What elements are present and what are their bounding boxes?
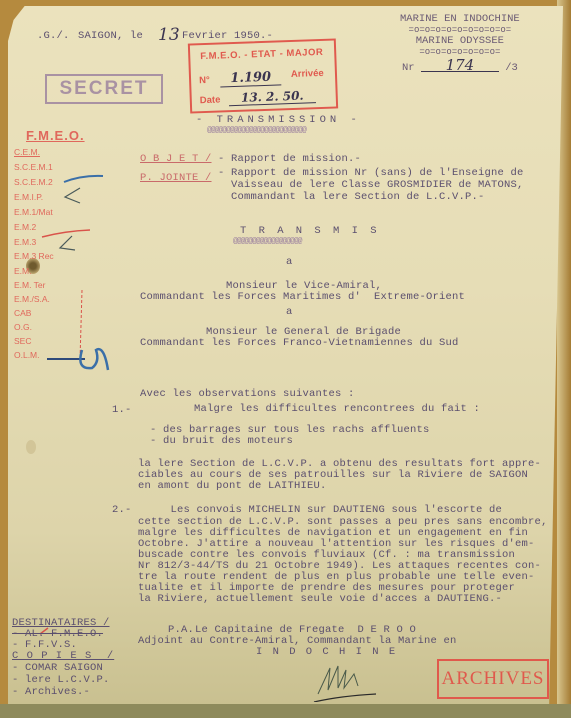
copies-label: C O P I E S / xyxy=(12,650,114,662)
objet-text: - Rapport de mission.- xyxy=(218,153,361,165)
transmis-dots: @@@@@@@@@@@@@@@@@@ xyxy=(233,237,301,246)
document-heading: - TRANSMISSION - xyxy=(196,114,361,126)
point1-intro: Malgre les difficultes rencontrees du fa… xyxy=(194,403,480,415)
heading-underline-dots: @@@@@@@@@@@@@@@@@@@@@@@@@@ xyxy=(207,126,306,135)
connector-a-2: a xyxy=(286,306,293,318)
pj-label: P. JOINTE / xyxy=(140,172,212,184)
pj-line-1: - Rapport de mission Nr (sans) de l'Ense… xyxy=(218,167,524,179)
point1-bullet-2: - du bruit des moteurs xyxy=(150,435,293,447)
recipient2-line2: Commandant les Forces Franco-Vietnamienn… xyxy=(140,337,459,349)
pj-line-2: Vaisseau de lere Classe GROSMIDIER de MA… xyxy=(218,179,524,191)
point2-number: 2.- xyxy=(112,504,132,516)
observations-intro: Avec les observations suivantes : xyxy=(140,388,355,400)
red-pencil-mark-icon xyxy=(42,230,90,237)
copies-item: - Archives.- xyxy=(12,686,90,698)
check-mark-icon xyxy=(65,188,80,203)
signature-line3: I N D O C H I N E xyxy=(256,646,397,658)
red-vertical-line xyxy=(80,290,82,360)
pencil-annotations xyxy=(0,0,571,718)
pj-line-3: Commandant la lere Section de L.C.V.P.- xyxy=(218,191,485,203)
copies-item: - COMAR SAIGON xyxy=(12,662,103,674)
recipient1-line2: Commandant les Forces Maritimes d' Extre… xyxy=(140,291,465,303)
transmis-heading: T R A N S M I S xyxy=(240,225,380,237)
point1-number: 1.- xyxy=(112,404,132,416)
check-mark-icon xyxy=(60,236,75,250)
point2-body-1: Les convois MICHELIN sur DAUTIENG sous l… xyxy=(138,504,502,516)
copies-item: - lere L.C.V.P. xyxy=(12,674,110,686)
handwritten-signature-icon xyxy=(310,660,380,702)
point2-body-9: la Riviere, actuellement seule voie d'ac… xyxy=(138,593,502,605)
objet-label: O B J E T / xyxy=(140,153,212,165)
connector-a-1: a xyxy=(286,256,293,268)
point1-body-3: en amont du pont de LAITHIEU. xyxy=(138,480,327,492)
blue-pencil-mark-icon xyxy=(64,176,103,182)
